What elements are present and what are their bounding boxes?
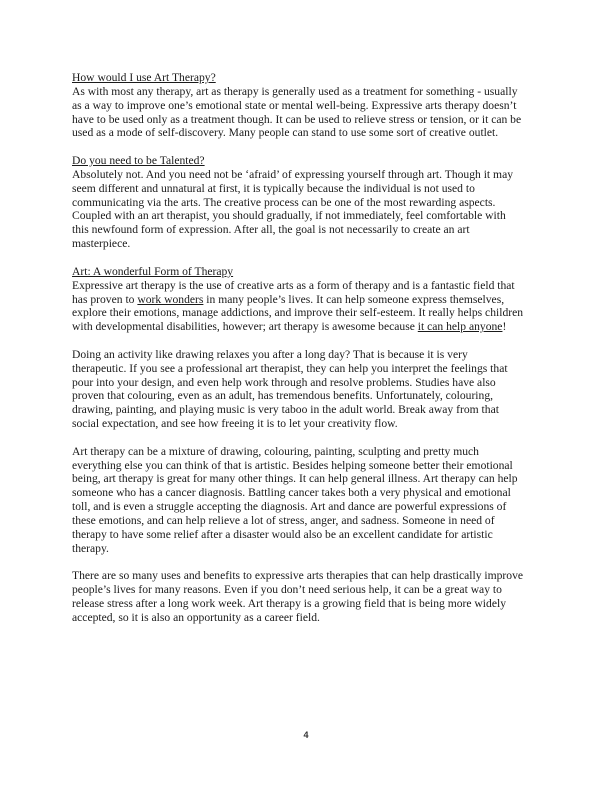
text-line: therapy. <box>72 542 548 556</box>
text-line: social expectation, and see how freeing … <box>72 417 548 431</box>
paragraph: Expressive art therapy is the use of cre… <box>72 279 548 334</box>
text-line: used as a mode of self-discovery. Many p… <box>72 126 548 140</box>
text-line: drawing, painting, and playing music is … <box>72 403 548 417</box>
text-line: As with most any therapy, art as therapy… <box>72 85 548 99</box>
text-line: accepted, so it is also an opportunity a… <box>72 611 548 625</box>
text-line: release stress after a long work week. A… <box>72 597 548 611</box>
underlined-phrase-work-wonders: work wonders <box>137 293 203 306</box>
text-line: Expressive art therapy is the use of cre… <box>72 279 548 293</box>
text-line: communicating via the arts. The creative… <box>72 196 548 210</box>
text-line: toll, and is even a struggle accepting t… <box>72 500 548 514</box>
text-line: with developmental disabilities, however… <box>72 320 548 334</box>
section-heading: How would I use Art Therapy? <box>72 71 548 85</box>
section-mixture: Art therapy can be a mixture of drawing,… <box>72 445 548 556</box>
paragraph: As with most any therapy, art as therapy… <box>72 85 548 140</box>
text-line: proven that colouring, even as an adult,… <box>72 389 548 403</box>
text-line: this newfound form of expression. After … <box>72 223 548 237</box>
underlined-phrase-help-anyone: it can help anyone <box>418 320 503 333</box>
paragraph: Art therapy can be a mixture of drawing,… <box>72 445 548 556</box>
section-wonderful-form: Art: A wonderful Form of Therapy Express… <box>72 265 548 334</box>
section-talented: Do you need to be Talented? Absolutely n… <box>72 154 548 251</box>
text-line: therapy to have some relief after a disa… <box>72 528 548 542</box>
section-heading: Do you need to be Talented? <box>72 154 548 168</box>
section-conclusion: There are so many uses and benefits to e… <box>72 569 548 624</box>
text-line: therapeutic. If you see a professional a… <box>72 362 548 376</box>
text-line: as a way to improve one’s emotional stat… <box>72 99 548 113</box>
text-line: There are so many uses and benefits to e… <box>72 569 548 583</box>
text-line: Coupled with an art therapist, you shoul… <box>72 209 548 223</box>
paragraph: Absolutely not. And you need not be ‘afr… <box>72 168 548 251</box>
text-line: has proven to work wonders in many peopl… <box>72 293 548 307</box>
text-line: everything else you can think of that is… <box>72 459 548 473</box>
text-line: these emotions, and can help relieve a l… <box>72 514 548 528</box>
text-line: Absolutely not. And you need not be ‘afr… <box>72 168 548 182</box>
section-heading: Art: A wonderful Form of Therapy <box>72 265 548 279</box>
text-line: seem different and unnatural at first, i… <box>72 182 548 196</box>
text-line: being, art therapy is great for many oth… <box>72 472 548 486</box>
text-line: have to be used only as a treatment thou… <box>72 113 548 127</box>
section-drawing-relaxes: Doing an activity like drawing relaxes y… <box>72 348 548 431</box>
section-how-to-use: How would I use Art Therapy? As with mos… <box>72 71 548 140</box>
text-line: Doing an activity like drawing relaxes y… <box>72 348 548 362</box>
text-line: pour into your design, and even help wor… <box>72 376 548 390</box>
paragraph: There are so many uses and benefits to e… <box>72 569 548 624</box>
text-line: explore their emotions, manage addiction… <box>72 306 548 320</box>
text-line: people’s lives for many reasons. Even if… <box>72 583 548 597</box>
page-number: 4 <box>0 730 612 740</box>
text-line: masterpiece. <box>72 237 548 251</box>
paragraph: Doing an activity like drawing relaxes y… <box>72 348 548 431</box>
text-line: Art therapy can be a mixture of drawing,… <box>72 445 548 459</box>
document-page: How would I use Art Therapy? As with mos… <box>72 71 548 639</box>
text-line: someone who has a cancer diagnosis. Batt… <box>72 486 548 500</box>
